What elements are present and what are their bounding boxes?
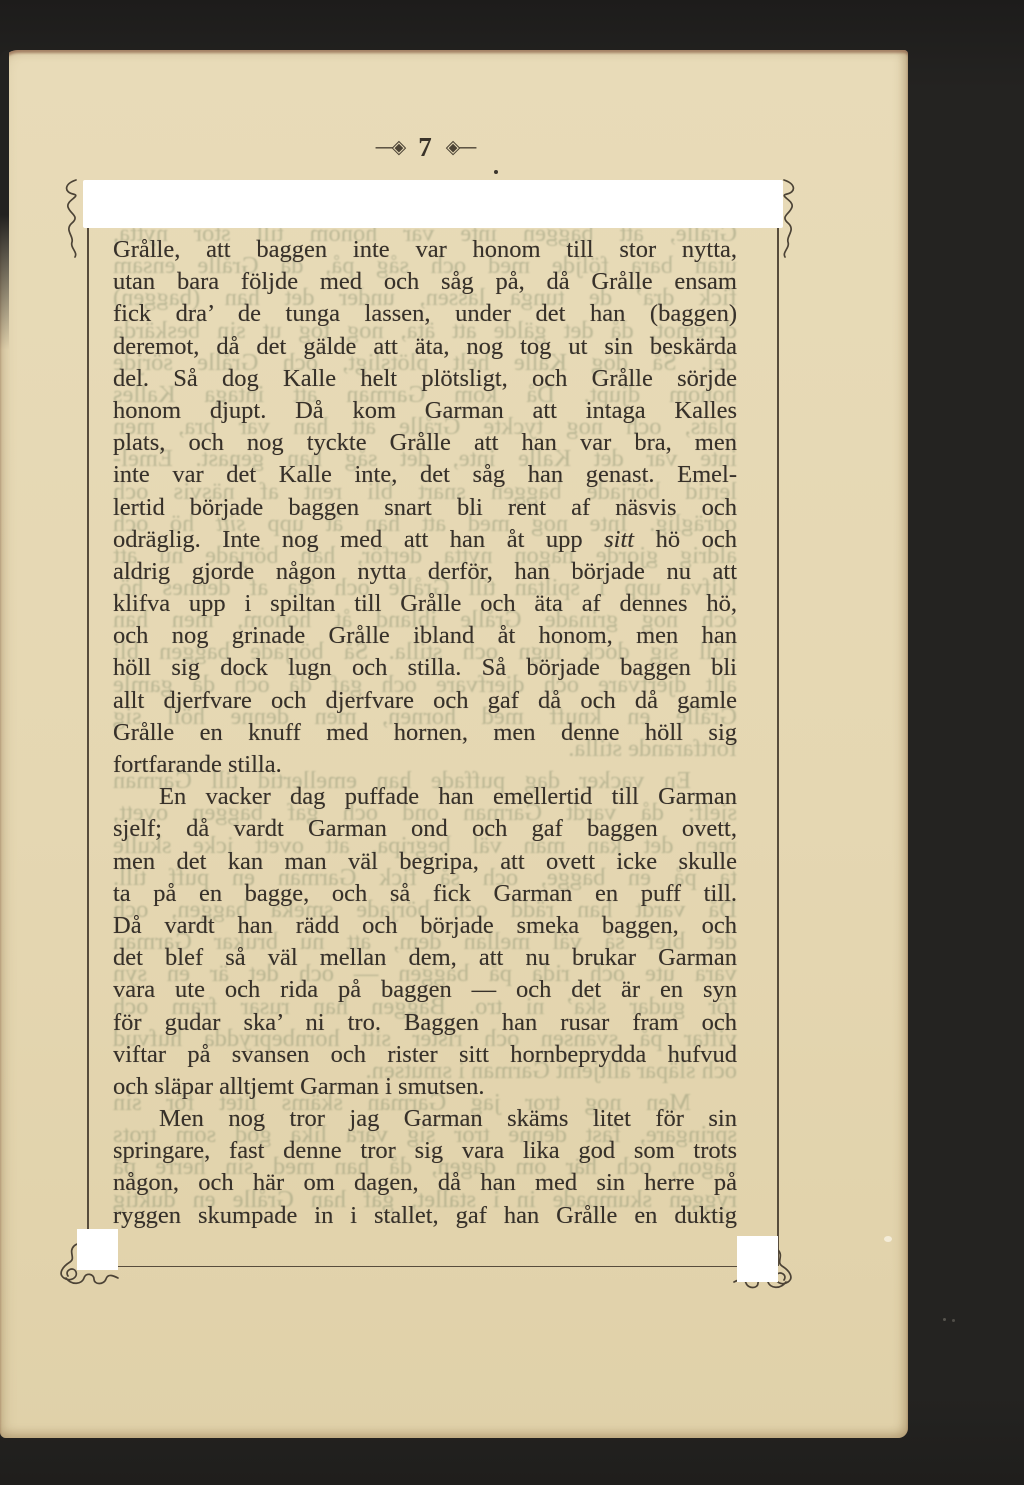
text-line: och släpar alltjemt Garman i smutsen. [113, 1071, 737, 1103]
header-ornament-left: —◈ [375, 136, 405, 158]
text-line: fortfarande stilla. [113, 749, 737, 781]
text-line: honom djupt. Då kom Garman att intaga Ka… [113, 395, 737, 427]
paper-speck [494, 170, 498, 174]
text-line: En vacker dag puffade han emellertid til… [113, 781, 737, 813]
frame-rule-right [777, 190, 779, 1266]
text-line: lertid började baggen snart bli rent af … [113, 492, 737, 524]
text-line: Men nog tror jag Garman skäms litet för … [113, 1103, 737, 1135]
text-line: vara ute och rida på baggen — och det är… [113, 974, 737, 1006]
text-line: och nog grinade Grålle ibland åt honom, … [113, 620, 737, 652]
redaction-bottom-left [77, 1229, 118, 1270]
redaction-bottom-right [737, 1236, 778, 1282]
redaction-top-band [83, 180, 783, 228]
text-line: ryggen skumpade in i stallet, gaf han Gr… [113, 1200, 737, 1232]
text-line: det blef så väl mellan dem, att nu bruka… [113, 942, 737, 974]
text-line: sjelf; då vardt Garman ond och gaf bagge… [113, 813, 737, 845]
frame-rule-bottom [112, 1266, 740, 1267]
text-line: springare, fast denne tror sig vara lika… [113, 1135, 737, 1167]
text-line: Då vardt han rädd och började smeka bagg… [113, 910, 737, 942]
text-line: för gudar ska’ ni tro. Baggen han rusar … [113, 1007, 737, 1039]
dust-speck [952, 1319, 955, 1322]
text-line: höll sig dock lugn och stilla. Så börjad… [113, 652, 737, 684]
photograph-background: —◈7◈— Grålle, att baggen inte var honom … [0, 0, 1024, 1485]
header-ornament-right: ◈— [446, 136, 476, 158]
text-line: någon, och här om dagen, då han med sin … [113, 1167, 737, 1199]
text-line: del. Så dog Kalle helt plötsligt, och Gr… [113, 363, 737, 395]
dust-speck [943, 1318, 946, 1321]
text-line: odräglig. Inte nog med att han åt upp si… [113, 524, 737, 556]
text-line: klifva upp i spiltan till Grålle och äta… [113, 588, 737, 620]
frame-rule-left [87, 188, 89, 1266]
text-line: inte var det Kalle inte, det såg han gen… [113, 459, 737, 491]
text-line: deremot, då det gälde att äta, nog tog u… [113, 331, 737, 363]
text-line: allt djerfvare och djerfvare och gaf då … [113, 685, 737, 717]
book-page: —◈7◈— Grålle, att baggen inte var honom … [0, 50, 908, 1438]
text-line: aldrig gjorde någon nytta derför, han bö… [113, 556, 737, 588]
text-line: plats, och nog tyckte Grålle att han var… [113, 427, 737, 459]
text-line: fick dra’ de tunga lassen, under det han… [113, 298, 737, 330]
text-line: men det kan man väl begripa, att ovett i… [113, 846, 737, 878]
text-line: ta på en bagge, och så fick Garman en pu… [113, 878, 737, 910]
text-line: viftar på svansen och rister sitt hornbe… [113, 1039, 737, 1071]
text-line: Grålle, att baggen inte var honom till s… [113, 234, 737, 266]
paper-speck [884, 1236, 892, 1242]
text-line: Grålle en knuff med hornen, men denne hö… [113, 717, 737, 749]
page-header: —◈7◈— [113, 132, 737, 163]
page-number: 7 [418, 132, 432, 162]
text-line: utan bara följde med och såg på, då Grål… [113, 266, 737, 298]
body-text: Grålle, att baggen inte var honom till s… [113, 234, 737, 1232]
page-edge-shadow [0, 50, 9, 350]
